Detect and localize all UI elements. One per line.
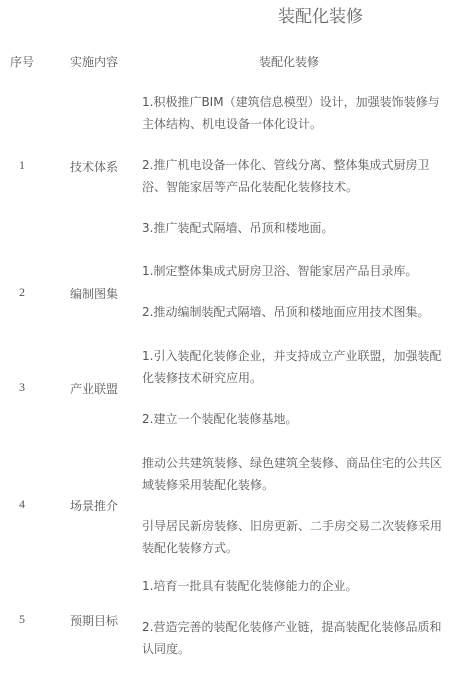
row-category: 产业联盟: [70, 380, 118, 397]
content-paragraph: 1.培育一批具有装配化装修能力的企业。: [142, 575, 448, 597]
content-paragraph: 推动公共建筑装修、绿色建筑全装修、商品住宅的公共区域装修采用装配化装修。: [142, 452, 448, 496]
content-paragraph: 2.营造完善的装配化装修产业链，提高装配化装修品质和认同度。: [142, 616, 448, 660]
row-number: 4: [16, 497, 28, 512]
row-number: 5: [16, 612, 28, 627]
header-implementation-content: 实施内容: [70, 53, 118, 70]
content-paragraph: 2.推广机电设备一体化、管线分离、整体集成式厨房卫浴、智能家居等产品化装配化装修…: [142, 154, 448, 198]
content-paragraph: 引导居民新房装修、旧房更新、二手房交易二次装修采用装配化装修方式。: [142, 515, 448, 559]
row-category: 预期目标: [70, 612, 118, 629]
row-category: 技术体系: [70, 158, 118, 175]
header-serial-number: 序号: [10, 53, 34, 70]
row-category: 场景推介: [70, 497, 118, 514]
row-content: 1.培育一批具有装配化装修能力的企业。 2.营造完善的装配化装修产业链，提高装配…: [142, 575, 448, 660]
content-paragraph: 3.推广装配式隔墙、吊顶和楼地面。: [142, 217, 448, 239]
page-title: 装配化装修: [278, 2, 363, 27]
content-paragraph: 1.引入装配化装修企业，并支持成立产业联盟，加强装配化装修技术研究应用。: [142, 345, 448, 389]
row-number: 1: [16, 158, 28, 173]
row-number: 3: [16, 380, 28, 395]
header-prefab-decoration: 装配化装修: [259, 53, 319, 70]
row-category: 编制图集: [70, 285, 118, 302]
content-paragraph: 2.推动编制装配式隔墙、吊顶和楼地面应用技术图集。: [142, 301, 448, 323]
content-paragraph: 1.制定整体集成式厨房卫浴、智能家居产品目录库。: [142, 260, 448, 282]
content-paragraph: 2.建立一个装配化装修基地。: [142, 408, 448, 430]
row-content: 1.引入装配化装修企业，并支持成立产业联盟，加强装配化装修技术研究应用。 2.建…: [142, 345, 448, 430]
content-paragraph: 1.积极推广BIM（建筑信息模型）设计，加强装饰装修与主体结构、机电设备一体化设…: [142, 91, 448, 135]
row-content: 推动公共建筑装修、绿色建筑全装修、商品住宅的公共区域装修采用装配化装修。 引导居…: [142, 452, 448, 559]
row-content: 1.积极推广BIM（建筑信息模型）设计，加强装饰装修与主体结构、机电设备一体化设…: [142, 91, 448, 239]
row-content: 1.制定整体集成式厨房卫浴、智能家居产品目录库。 2.推动编制装配式隔墙、吊顶和…: [142, 260, 448, 323]
row-number: 2: [16, 285, 28, 300]
